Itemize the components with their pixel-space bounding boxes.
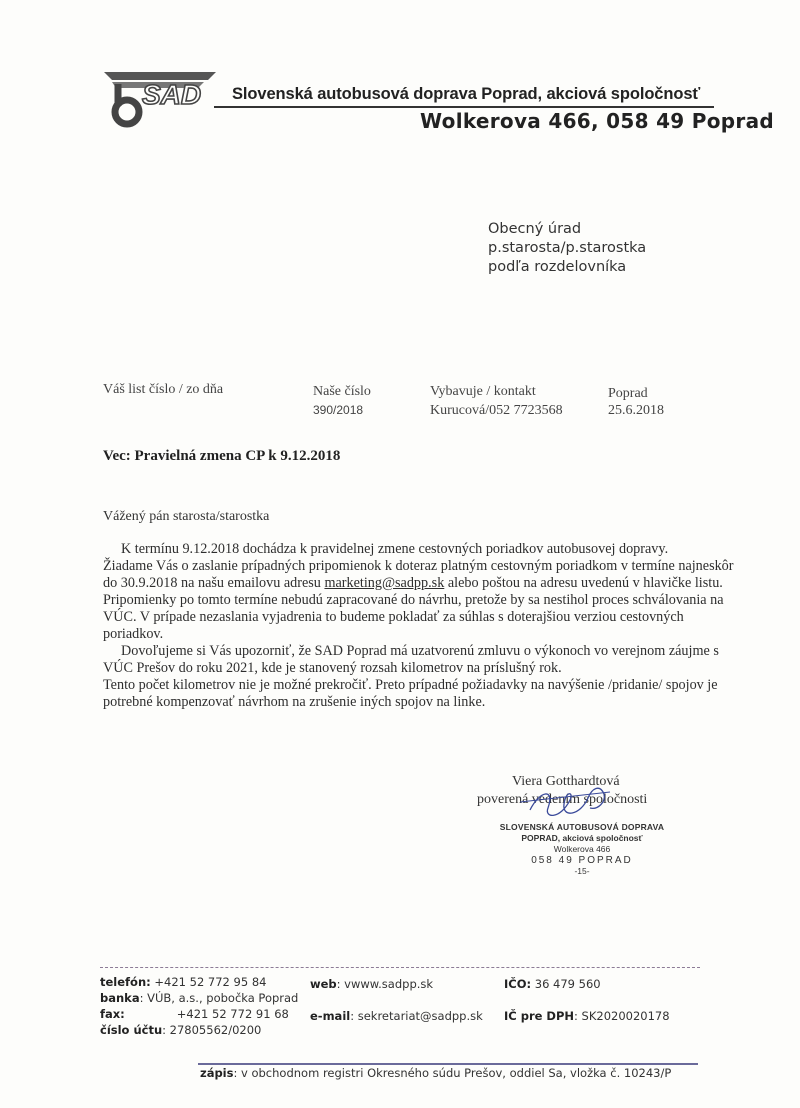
phone-label: telefón: bbox=[100, 975, 151, 989]
letter-place: Poprad bbox=[608, 386, 648, 402]
vat-label: IČ pre DPH bbox=[504, 1009, 574, 1023]
footer-ico: IČO: 36 479 560 bbox=[504, 977, 601, 991]
body-paragraph: Tento počet kilometrov nie je možné prek… bbox=[103, 677, 743, 711]
company-address: Wolkerova 466, 058 49 Poprad bbox=[420, 109, 774, 133]
handler-value: Kurucová/052 7723568 bbox=[430, 403, 563, 419]
company-name: Slovenská autobusová doprava Poprad, akc… bbox=[232, 85, 700, 104]
body-paragraph: Dovoľujeme si Vás upozorniť, že SAD Popr… bbox=[103, 643, 743, 677]
stamp-line: 058 49 POPRAD bbox=[492, 855, 672, 866]
email-link[interactable]: marketing@sadpp.sk bbox=[324, 575, 444, 591]
salutation: Vážený pán starosta/starostka bbox=[103, 509, 269, 525]
footer-web: web: vwww.sadpp.sk bbox=[310, 977, 433, 991]
stamp-line: Wolkerova 466 bbox=[492, 844, 672, 855]
phone-value: +421 52 772 95 84 bbox=[151, 975, 267, 989]
footer-email: e-mail: sekretariat@sadpp.sk bbox=[310, 1009, 483, 1023]
vat-value: : SK2020020178 bbox=[574, 1009, 670, 1023]
svg-text:SAD: SAD bbox=[142, 79, 201, 110]
body-paragraph: Žiadame Vás o zaslanie prípadných pripom… bbox=[103, 558, 743, 643]
footer-divider-bottom bbox=[198, 1063, 698, 1065]
recipient-block: Obecný úrad p.starosta/p.starostka podľa… bbox=[488, 220, 646, 277]
company-stamp: SLOVENSKÁ AUTOBUSOVÁ DOPRAVA POPRAD, akc… bbox=[492, 822, 672, 877]
company-logo: SAD bbox=[100, 66, 220, 128]
web-label: web bbox=[310, 977, 337, 991]
ico-value: 36 479 560 bbox=[531, 977, 601, 991]
stamp-line: -15- bbox=[492, 866, 672, 877]
footer-divider bbox=[100, 967, 700, 968]
body-paragraph: K termínu 9.12.2018 dochádza k pravideln… bbox=[103, 541, 743, 558]
register-value: : v obchodnom registri Okresného súdu Pr… bbox=[233, 1066, 671, 1080]
email-label: e-mail bbox=[310, 1009, 350, 1023]
register-label: zápis bbox=[200, 1066, 233, 1080]
bank-value: : VÚB, a.s., pobočka Poprad bbox=[140, 991, 299, 1005]
email-value[interactable]: : sekretariat@sadpp.sk bbox=[350, 1009, 483, 1023]
stamp-line: SLOVENSKÁ AUTOBUSOVÁ DOPRAVA bbox=[492, 822, 672, 833]
letter-subject: Vec: Pravielná zmena CP k 9.12.2018 bbox=[103, 448, 340, 465]
your-reference-label: Váš list číslo / zo dňa bbox=[103, 382, 223, 398]
letter-date: 25.6.2018 bbox=[608, 403, 664, 419]
letter-body: K termínu 9.12.2018 dochádza k pravideln… bbox=[103, 541, 743, 711]
footer-phone: telefón: +421 52 772 95 84 bbox=[100, 975, 266, 989]
our-reference-value: 390/2018 bbox=[313, 403, 363, 417]
recipient-line: Obecný úrad bbox=[488, 220, 646, 239]
ico-label: IČO: bbox=[504, 977, 531, 991]
sad-logo-icon: SAD bbox=[100, 66, 220, 128]
fax-label: fax: bbox=[100, 1007, 125, 1021]
recipient-line: podľa rozdelovníka bbox=[488, 258, 646, 277]
footer-fax: fax:+421 52 772 91 68 bbox=[100, 1007, 289, 1021]
account-label: číslo účtu bbox=[100, 1023, 162, 1037]
footer-account: číslo účtu: 27805562/0200 bbox=[100, 1023, 261, 1037]
fax-value: +421 52 772 91 68 bbox=[177, 1007, 289, 1021]
web-value[interactable]: : vwww.sadpp.sk bbox=[337, 977, 433, 991]
footer-bank: banka: VÚB, a.s., pobočka Poprad bbox=[100, 991, 298, 1005]
footer-vat: IČ pre DPH: SK2020020178 bbox=[504, 1009, 670, 1023]
account-value: : 27805562/0200 bbox=[162, 1023, 261, 1037]
footer-register: zápis: v obchodnom registri Okresného sú… bbox=[200, 1066, 671, 1080]
our-reference-label: Naše číslo bbox=[313, 384, 371, 400]
stamp-line: POPRAD, akciová spoločnosť bbox=[492, 833, 672, 844]
header-divider bbox=[214, 106, 714, 108]
handler-label: Vybavuje / kontakt bbox=[430, 384, 536, 400]
recipient-line: p.starosta/p.starostka bbox=[488, 239, 646, 258]
bank-label: banka bbox=[100, 991, 140, 1005]
signature-icon bbox=[500, 780, 620, 825]
